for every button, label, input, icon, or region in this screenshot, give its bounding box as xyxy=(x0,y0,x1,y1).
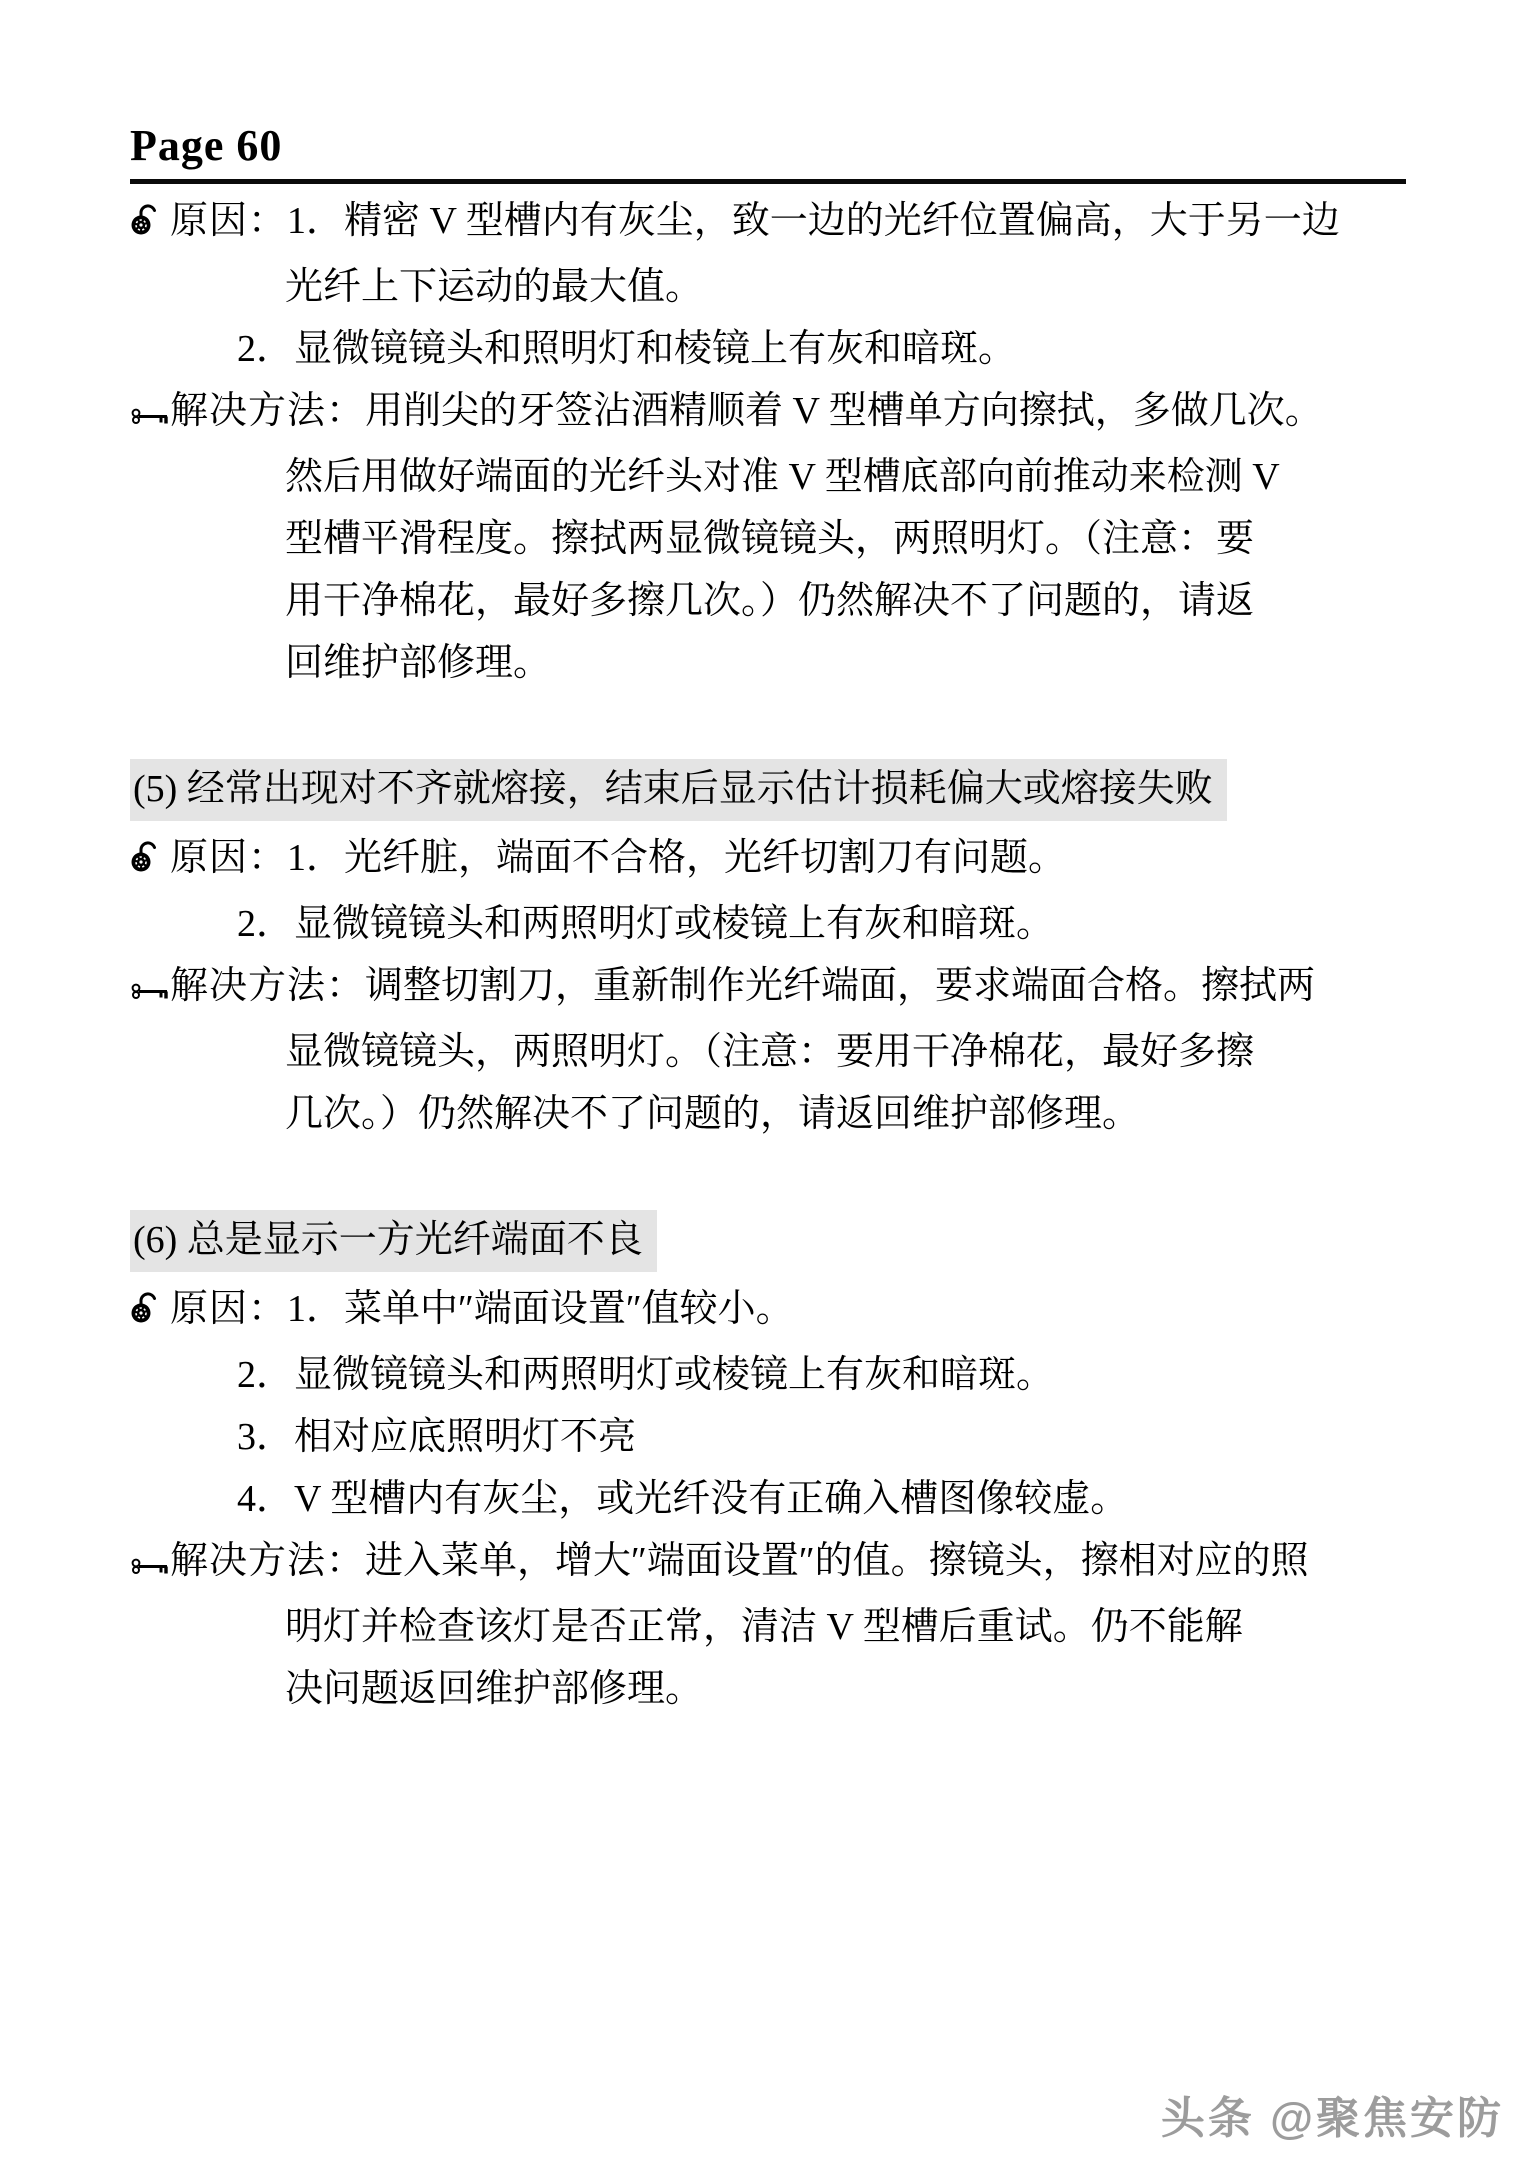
numbered-item-line: 2．显微镜镜头和照明灯和棱镜上有灰和暗斑。 xyxy=(130,318,1408,380)
cause-label: 原因： xyxy=(170,1288,287,1330)
continuation-line: 显微镜镜头，两照明灯。（注意：要用干净棉花，最好多擦 xyxy=(130,1021,1408,1083)
open-padlock-icon xyxy=(130,1282,170,1344)
page-header: Page 60 xyxy=(0,0,1536,184)
continuation-line: 几次。）仍然解决不了问题的，请返回维护部修理。 xyxy=(130,1083,1408,1145)
continuation-line: 决问题返回维护部修理。 xyxy=(130,1658,1408,1720)
section-heading-text: (5) 经常出现对不齐就熔接，结束后显示估计损耗偏大或熔接失败 xyxy=(130,759,1227,821)
continuation-text: 型槽平滑程度。擦拭两显微镜镜头，两照明灯。（注意：要 xyxy=(285,518,1254,560)
continuation-line: 然后用做好端面的光纤头对准 V 型槽底部向前推动来检测 V xyxy=(130,446,1408,508)
continuation-line: 型槽平滑程度。擦拭两显微镜镜头，两照明灯。（注意：要 xyxy=(130,508,1408,570)
cause-text: 1．光纤脏，端面不合格，光纤切割刀有问题。 xyxy=(287,837,1066,879)
numbered-item-line: 4．V 型槽内有灰尘，或光纤没有正确入槽图像较虚。 xyxy=(130,1468,1408,1530)
numbered-item-line: 2．显微镜镜头和两照明灯或棱镜上有灰和暗斑。 xyxy=(130,893,1408,955)
cause-text: 1．菜单中″端面设置″值较小。 xyxy=(287,1288,794,1330)
continuation-text: 回维护部修理。 xyxy=(285,642,551,684)
solution-label: 解决方法： xyxy=(170,965,365,1007)
numbered-item-line: 3．相对应底照明灯不亮 xyxy=(130,1406,1408,1468)
item-text: 4．V 型槽内有灰尘，或光纤没有正确入槽图像较虚。 xyxy=(237,1478,1128,1520)
solution-label: 解决方法： xyxy=(170,390,365,432)
page-title: Page 60 xyxy=(130,120,1406,171)
section-heading: (6) 总是显示一方光纤端面不良 xyxy=(130,1209,1408,1272)
key-icon xyxy=(130,384,170,446)
continuation-text: 光纤上下运动的最大值。 xyxy=(285,266,703,308)
cause-line: 原因：1．光纤脏，端面不合格，光纤切割刀有问题。 xyxy=(130,827,1408,893)
continuation-text: 明灯并检查该灯是否正常，清洁 V 型槽后重试。仍不能解 xyxy=(285,1606,1243,1648)
continuation-line: 回维护部修理。 xyxy=(130,632,1408,694)
continuation-text: 几次。）仍然解决不了问题的，请返回维护部修理。 xyxy=(285,1093,1140,1135)
numbered-item-line: 2．显微镜镜头和两照明灯或棱镜上有灰和暗斑。 xyxy=(130,1344,1408,1406)
continuation-text: 显微镜镜头，两照明灯。（注意：要用干净棉花，最好多擦 xyxy=(285,1031,1254,1073)
section-heading: (5) 经常出现对不齐就熔接，结束后显示估计损耗偏大或熔接失败 xyxy=(130,758,1408,821)
key-icon xyxy=(130,959,170,1021)
cause-text: 1．精密 V 型槽内有灰尘，致一边的光纤位置偏高，大于另一边 xyxy=(287,200,1340,242)
solution-line: 解决方法：用削尖的牙签沾酒精顺着 V 型槽单方向擦拭，多做几次。 xyxy=(130,380,1408,446)
continuation-text: 然后用做好端面的光纤头对准 V 型槽底部向前推动来检测 V xyxy=(285,456,1280,498)
continuation-line: 明灯并检查该灯是否正常，清洁 V 型槽后重试。仍不能解 xyxy=(130,1596,1408,1658)
solution-text: 用削尖的牙签沾酒精顺着 V 型槽单方向擦拭，多做几次。 xyxy=(365,390,1323,432)
cause-label: 原因： xyxy=(170,200,287,242)
cause-label: 原因： xyxy=(170,837,287,879)
solution-line: 解决方法：进入菜单，增大″端面设置″的值。擦镜头，擦相对应的照 xyxy=(130,1530,1408,1596)
open-padlock-icon xyxy=(130,831,170,893)
item-text: 2．显微镜镜头和两照明灯或棱镜上有灰和暗斑。 xyxy=(237,903,1054,945)
open-padlock-icon xyxy=(130,194,170,256)
watermark: 头条 @聚焦安防 xyxy=(1161,2082,1504,2146)
document-page: Page 60 原因：1．精密 V 型槽内有灰尘，致一边的光纤位置偏高，大于另一… xyxy=(0,0,1536,2174)
solution-label: 解决方法： xyxy=(170,1540,365,1582)
continuation-line: 用干净棉花，最好多擦几次。）仍然解决不了问题的，请返 xyxy=(130,570,1408,632)
solution-text: 调整切割刀，重新制作光纤端面，要求端面合格。擦拭两 xyxy=(365,965,1315,1007)
item-text: 2．显微镜镜头和照明灯和棱镜上有灰和暗斑。 xyxy=(237,328,1016,370)
solution-line: 解决方法：调整切割刀，重新制作光纤端面，要求端面合格。擦拭两 xyxy=(130,955,1408,1021)
key-icon xyxy=(130,1534,170,1596)
cause-line: 原因：1．精密 V 型槽内有灰尘，致一边的光纤位置偏高，大于另一边 xyxy=(130,190,1408,256)
item-text: 3．相对应底照明灯不亮 xyxy=(237,1416,636,1458)
solution-text: 进入菜单，增大″端面设置″的值。擦镜头，擦相对应的照 xyxy=(365,1540,1309,1582)
continuation-text: 用干净棉花，最好多擦几次。）仍然解决不了问题的，请返 xyxy=(285,580,1254,622)
section-heading-text: (6) 总是显示一方光纤端面不良 xyxy=(130,1210,657,1272)
continuation-line: 光纤上下运动的最大值。 xyxy=(130,256,1408,318)
cause-line: 原因：1．菜单中″端面设置″值较小。 xyxy=(130,1278,1408,1344)
item-text: 2．显微镜镜头和两照明灯或棱镜上有灰和暗斑。 xyxy=(237,1354,1054,1396)
page-content: 原因：1．精密 V 型槽内有灰尘，致一边的光纤位置偏高，大于另一边 光纤上下运动… xyxy=(0,184,1536,1720)
continuation-text: 决问题返回维护部修理。 xyxy=(285,1668,703,1710)
